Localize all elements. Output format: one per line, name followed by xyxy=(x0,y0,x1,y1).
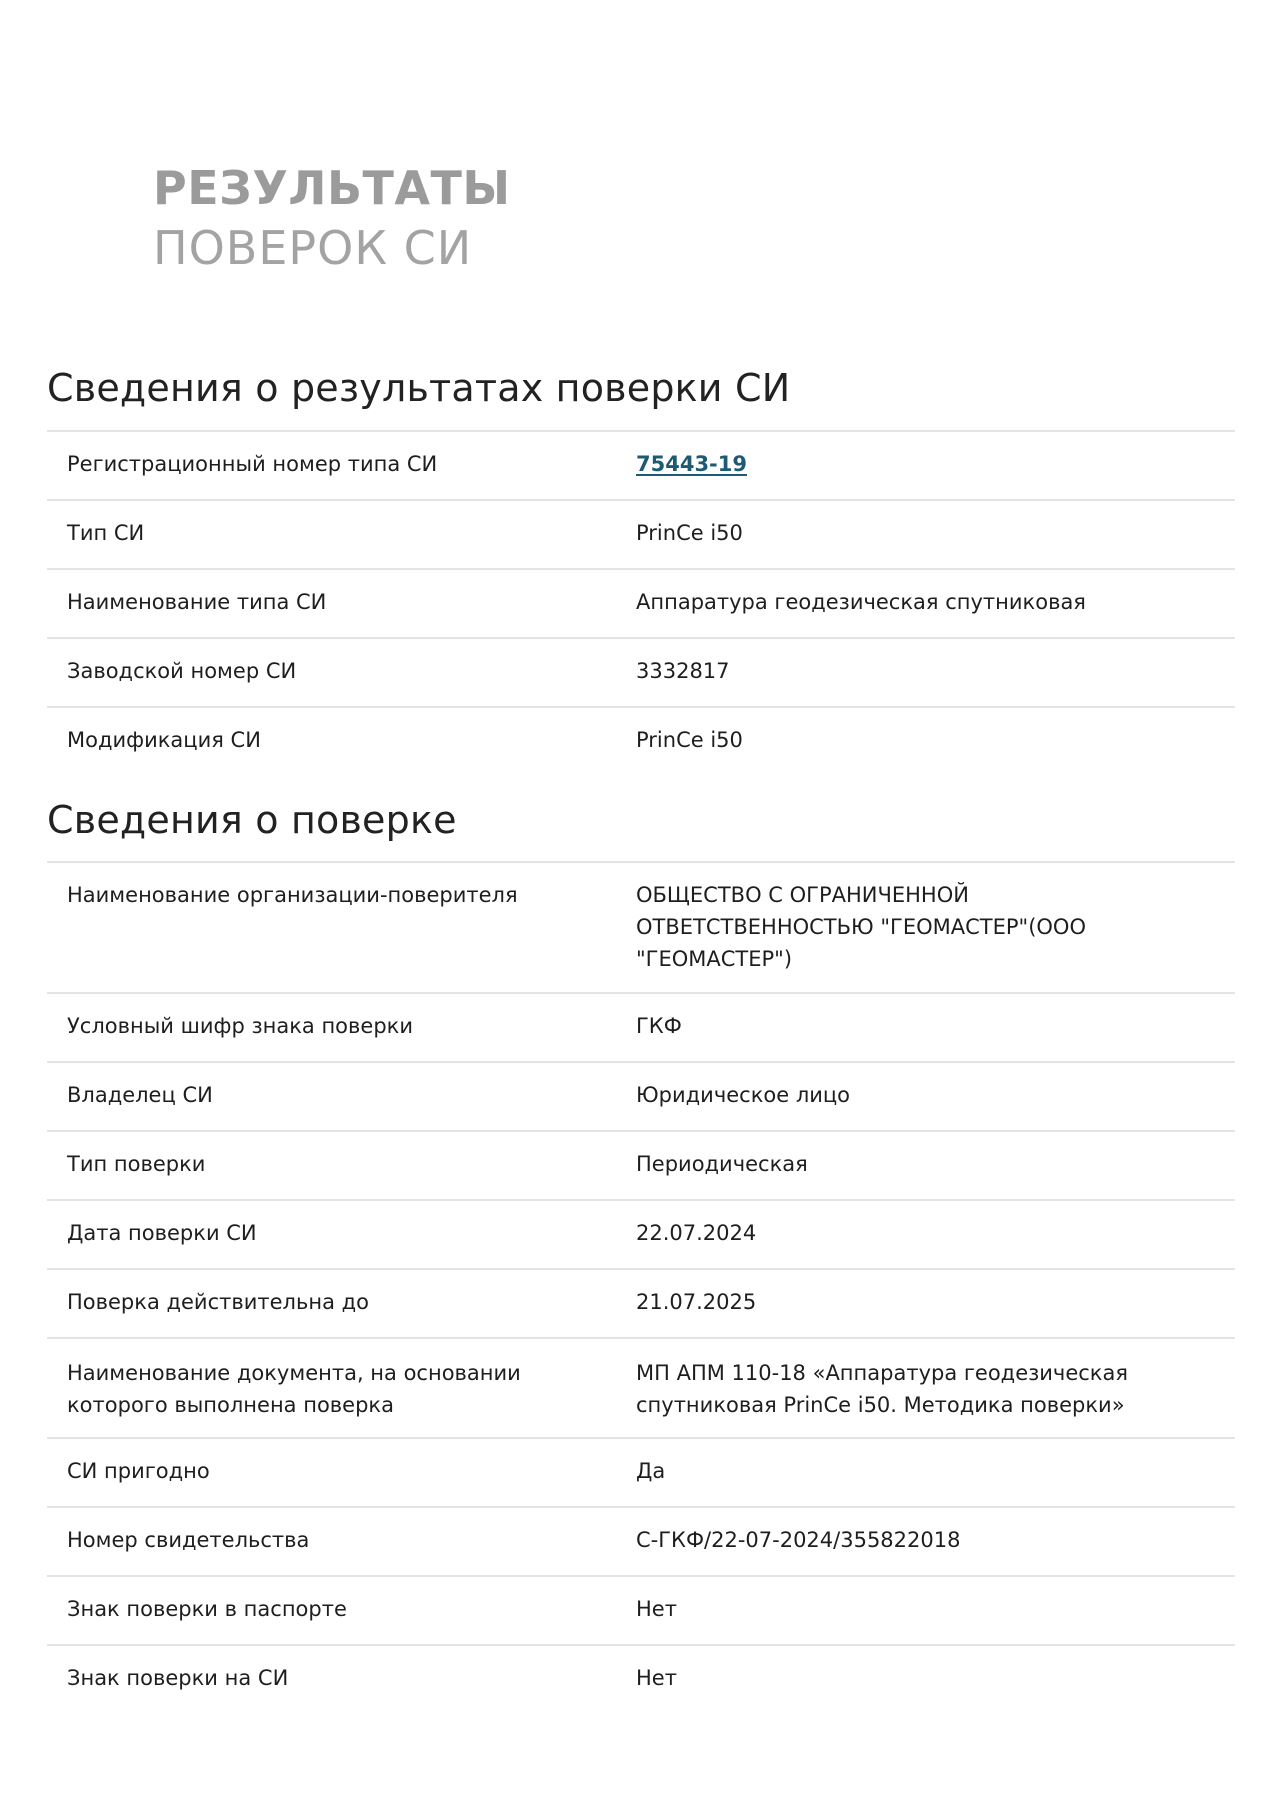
row-value: 21.07.2025 xyxy=(636,1270,1235,1337)
table-row: Наименование типа СИ Аппаратура геодезич… xyxy=(47,568,1235,637)
section-title-verification: Сведения о поверке xyxy=(47,798,457,842)
table-row: Поверка действительна до 21.07.2025 xyxy=(47,1268,1235,1337)
row-label: Наименование организации-поверителя xyxy=(47,863,636,992)
brand-title-line2: ПОВЕРОК СИ xyxy=(153,218,511,278)
table-row: Тип СИ PrinCe i50 xyxy=(47,499,1235,568)
registration-number-link[interactable]: 75443-19 xyxy=(636,452,747,476)
row-value: Аппаратура геодезическая спутниковая xyxy=(636,570,1235,637)
table-row: Номер свидетельства С-ГКФ/22-07-2024/355… xyxy=(47,1506,1235,1575)
row-label: Владелец СИ xyxy=(47,1063,636,1130)
row-label: Наименование документа, на основании кот… xyxy=(47,1339,636,1437)
table-row: СИ пригодно Да xyxy=(47,1437,1235,1506)
row-label: Условный шифр знака поверки xyxy=(47,994,636,1061)
table-row: Условный шифр знака поверки ГКФ xyxy=(47,992,1235,1061)
brand-title-line1: РЕЗУЛЬТАТЫ xyxy=(153,158,511,218)
table-row: Регистрационный номер типа СИ 75443-19 xyxy=(47,430,1235,499)
table-row: Знак поверки в паспорте Нет xyxy=(47,1575,1235,1644)
row-label: Номер свидетельства xyxy=(47,1508,636,1575)
row-value: Нет xyxy=(636,1577,1235,1644)
row-label: Знак поверки в паспорте xyxy=(47,1577,636,1644)
row-label: Модификация СИ xyxy=(47,708,636,775)
row-value: ГКФ xyxy=(636,994,1235,1061)
row-value: 22.07.2024 xyxy=(636,1201,1235,1268)
row-label: Заводской номер СИ xyxy=(47,639,636,706)
row-value: Нет xyxy=(636,1646,1235,1713)
row-value: PrinCe i50 xyxy=(636,501,1235,568)
row-label: Наименование типа СИ xyxy=(47,570,636,637)
row-value: С-ГКФ/22-07-2024/355822018 xyxy=(636,1508,1235,1575)
row-label: Тип СИ xyxy=(47,501,636,568)
table-row: Наименование документа, на основании кот… xyxy=(47,1337,1235,1437)
table-row: Наименование организации-поверителя ОБЩЕ… xyxy=(47,861,1235,992)
table-row: Дата поверки СИ 22.07.2024 xyxy=(47,1199,1235,1268)
row-label: Поверка действительна до xyxy=(47,1270,636,1337)
table-row: Знак поверки на СИ Нет xyxy=(47,1644,1235,1713)
row-label: Знак поверки на СИ xyxy=(47,1646,636,1713)
row-value: 3332817 xyxy=(636,639,1235,706)
row-label: СИ пригодно xyxy=(47,1439,636,1506)
row-label: Дата поверки СИ xyxy=(47,1201,636,1268)
row-value: Периодическая xyxy=(636,1132,1235,1199)
brand-title: РЕЗУЛЬТАТЫ ПОВЕРОК СИ xyxy=(153,158,511,278)
table-row: Тип поверки Периодическая xyxy=(47,1130,1235,1199)
row-value: ОБЩЕСТВО С ОГРАНИЧЕННОЙ ОТВЕТСТВЕННОСТЬЮ… xyxy=(636,863,1235,992)
verification-table: Наименование организации-поверителя ОБЩЕ… xyxy=(47,861,1235,1713)
row-label: Тип поверки xyxy=(47,1132,636,1199)
row-label: Регистрационный номер типа СИ xyxy=(47,432,636,499)
table-row: Модификация СИ PrinCe i50 xyxy=(47,706,1235,775)
row-value: МП АПМ 110-18 «Аппаратура геодезическая … xyxy=(636,1339,1235,1437)
results-table: Регистрационный номер типа СИ 75443-19 Т… xyxy=(47,430,1235,775)
table-row: Владелец СИ Юридическое лицо xyxy=(47,1061,1235,1130)
row-value: PrinCe i50 xyxy=(636,708,1235,775)
section-title-results: Сведения о результатах поверки СИ xyxy=(47,366,790,410)
row-value: Юридическое лицо xyxy=(636,1063,1235,1130)
row-value: Да xyxy=(636,1439,1235,1506)
table-row: Заводской номер СИ 3332817 xyxy=(47,637,1235,706)
